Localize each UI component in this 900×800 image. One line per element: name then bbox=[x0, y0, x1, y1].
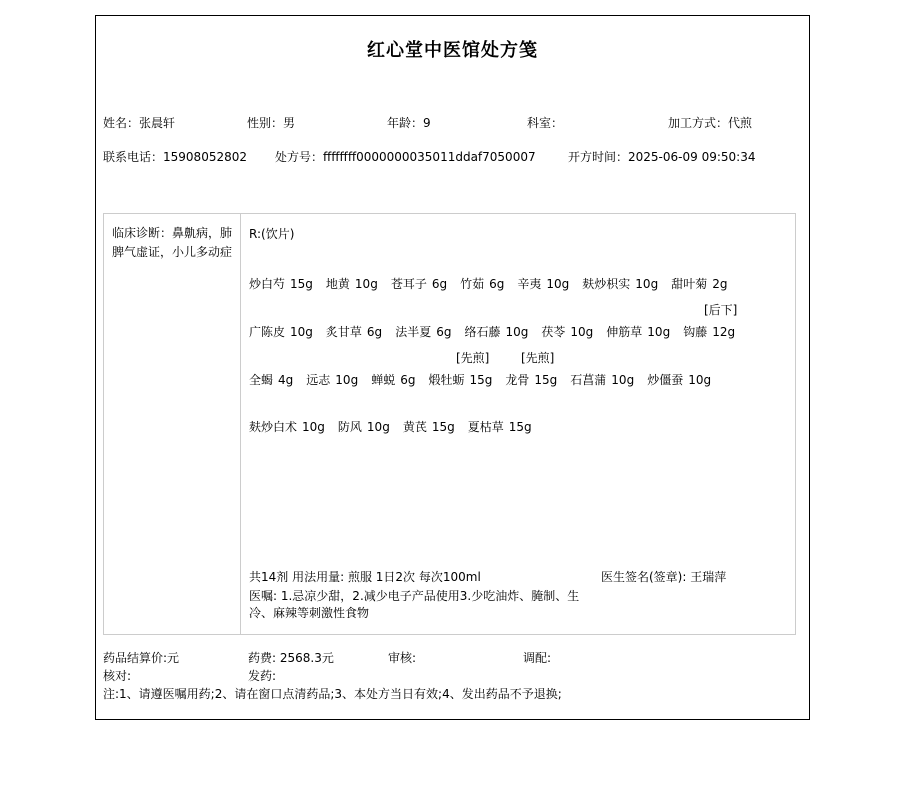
herb-dose: 10g bbox=[355, 277, 378, 291]
phone-value: 15908052802 bbox=[163, 150, 247, 164]
herb-dose: 10g bbox=[611, 373, 634, 387]
usage-text: 用法用量: 煎服 1日2次 每次100ml bbox=[292, 570, 481, 584]
herb-name: 炙甘草 bbox=[326, 325, 362, 339]
age-value: 9 bbox=[423, 116, 431, 130]
herb-name: 竹茹 bbox=[460, 277, 484, 291]
herb-dose: 6g bbox=[436, 325, 451, 339]
decoct-later-annotation: [后下] bbox=[704, 303, 737, 317]
footer-note: 注:1、请遵医嘱用药;2、请在窗口点清药品;3、本处方当日有效;4、发出药品不予… bbox=[103, 687, 562, 702]
settle-price-field: 药品结算价:元 bbox=[103, 651, 179, 666]
rx-number-label: 处方号： bbox=[275, 150, 323, 164]
decoction-annotation-row-1: [后下] bbox=[249, 303, 795, 317]
usage-summary-row: 共14剂 用法用量: 煎服 1日2次 每次100ml 医生签名(签章): 王瑞萍 bbox=[249, 570, 795, 585]
doctor-signature: 医生签名(签章): 王瑞萍 bbox=[601, 570, 726, 585]
herb-item: 全蝎4g bbox=[249, 373, 293, 388]
dispense-field: 发药: bbox=[248, 669, 276, 684]
herb-name: 黄芪 bbox=[403, 420, 427, 434]
herb-line-3: 全蝎4g远志10g蝉蜕6g煅牡蛎15g龙骨15g石菖蒲10g炒僵蚕10g bbox=[249, 373, 795, 388]
herb-dose: 15g bbox=[432, 420, 455, 434]
prescription-box: 临床诊断：鼻鼽病，肺脾气虚证，小儿多动症 R:(饮片) 炒白芍15g地黄10g苍… bbox=[103, 213, 796, 635]
herb-name: 苍耳子 bbox=[391, 277, 427, 291]
herb-item: 蝉蜕6g bbox=[371, 373, 415, 388]
herb-item: 辛夷10g bbox=[517, 277, 569, 292]
age-field: 年龄：9 bbox=[387, 116, 431, 131]
herb-item: 竹茹6g bbox=[460, 277, 504, 292]
herb-name: 炒白芍 bbox=[249, 277, 285, 291]
issue-time-field: 开方时间：2025-06-09 09:50:34 bbox=[568, 150, 755, 165]
herb-item: 龙骨15g bbox=[505, 373, 557, 388]
herb-name: 法半夏 bbox=[395, 325, 431, 339]
herb-name: 龙骨 bbox=[505, 373, 529, 387]
herb-dose: 12g bbox=[712, 325, 735, 339]
herb-dose: 15g bbox=[290, 277, 313, 291]
herb-item: 茯苓10g bbox=[541, 325, 593, 340]
herb-item: 苍耳子6g bbox=[391, 277, 447, 292]
processing-field: 加工方式：代煎 bbox=[668, 116, 752, 131]
gender-value: 男 bbox=[283, 116, 295, 130]
herb-dose: 10g bbox=[367, 420, 390, 434]
patient-name-label: 姓名： bbox=[103, 116, 139, 130]
doctor-signature-name: 王瑞萍 bbox=[690, 570, 726, 584]
herb-item: 钩藤12g bbox=[683, 325, 735, 340]
herb-dose: 4g bbox=[278, 373, 293, 387]
herb-dose: 15g bbox=[509, 420, 532, 434]
herb-item: 麸炒枳实10g bbox=[582, 277, 658, 292]
herb-item: 伸筋草10g bbox=[606, 325, 670, 340]
check-field: 核对: bbox=[103, 669, 131, 684]
diagnosis-label: 临床诊断： bbox=[112, 226, 172, 240]
herb-name: 伸筋草 bbox=[606, 325, 642, 339]
rx-content: R:(饮片) 炒白芍15g地黄10g苍耳子6g竹茹6g辛夷10g麸炒枳实10g甜… bbox=[241, 214, 795, 634]
herb-item: 络石藤10g bbox=[464, 325, 528, 340]
herb-name: 石菖蒲 bbox=[570, 373, 606, 387]
page-title: 红心堂中医馆处方笺 bbox=[96, 36, 809, 62]
prepare-field: 调配: bbox=[523, 651, 551, 666]
doctor-signature-label: 医生签名(签章): bbox=[601, 570, 686, 584]
patient-name-value: 张晨轩 bbox=[139, 116, 175, 130]
herb-item: 甜叶菊2g bbox=[671, 277, 727, 292]
herb-dose: 6g bbox=[400, 373, 415, 387]
herb-item: 夏枯草15g bbox=[468, 420, 532, 435]
herb-name: 广陈皮 bbox=[249, 325, 285, 339]
clinical-diagnosis: 临床诊断：鼻鼽病，肺脾气虚证，小儿多动症 bbox=[104, 214, 241, 634]
herb-name: 煅牡蛎 bbox=[428, 373, 464, 387]
herb-dose: 10g bbox=[335, 373, 358, 387]
decoct-first-annotation-1: [先煎] bbox=[456, 351, 489, 365]
total-doses: 共14剂 bbox=[249, 570, 288, 584]
herb-item: 炙甘草6g bbox=[326, 325, 382, 340]
herb-item: 炒白芍15g bbox=[249, 277, 313, 292]
herb-dose: 10g bbox=[290, 325, 313, 339]
herb-item: 炒僵蚕10g bbox=[647, 373, 711, 388]
herb-item: 地黄10g bbox=[326, 277, 378, 292]
herb-dose: 10g bbox=[647, 325, 670, 339]
herb-name: 茯苓 bbox=[541, 325, 565, 339]
decoction-annotation-row-2: [先煎] [先煎] bbox=[249, 351, 795, 365]
issue-time-label: 开方时间： bbox=[568, 150, 628, 164]
herb-item: 远志10g bbox=[306, 373, 358, 388]
gender-field: 性别：男 bbox=[247, 116, 295, 131]
processing-label: 加工方式： bbox=[668, 116, 728, 130]
rx-number-value: ffffffff0000000035011ddaf7050007 bbox=[323, 150, 536, 164]
phone-field: 联系电话：15908052802 bbox=[103, 150, 247, 165]
herb-item: 黄芪15g bbox=[403, 420, 455, 435]
department-label: 科室： bbox=[527, 116, 563, 130]
age-label: 年龄： bbox=[387, 116, 423, 130]
herb-dose: 10g bbox=[570, 325, 593, 339]
department-field: 科室： bbox=[527, 116, 563, 131]
herb-line-1: 炒白芍15g地黄10g苍耳子6g竹茹6g辛夷10g麸炒枳实10g甜叶菊2g bbox=[249, 277, 795, 292]
decoct-first-annotation-2: [先煎] bbox=[521, 351, 554, 365]
processing-value: 代煎 bbox=[728, 116, 752, 130]
herb-dose: 6g bbox=[489, 277, 504, 291]
issue-time-value: 2025-06-09 09:50:34 bbox=[628, 150, 755, 164]
herb-dose: 10g bbox=[688, 373, 711, 387]
prescription-sheet: 红心堂中医馆处方笺 姓名：张晨轩 性别：男 年龄：9 科室： 加工方式：代煎 联… bbox=[95, 15, 810, 720]
herb-dose: 15g bbox=[534, 373, 557, 387]
herb-name: 夏枯草 bbox=[468, 420, 504, 434]
herb-name: 辛夷 bbox=[517, 277, 541, 291]
herb-item: 广陈皮10g bbox=[249, 325, 313, 340]
herb-name: 全蝎 bbox=[249, 373, 273, 387]
rx-number-field: 处方号：ffffffff0000000035011ddaf7050007 bbox=[275, 150, 536, 165]
herb-dose: 2g bbox=[712, 277, 727, 291]
herb-name: 麸炒白术 bbox=[249, 420, 297, 434]
herb-name: 麸炒枳实 bbox=[582, 277, 630, 291]
herb-dose: 10g bbox=[546, 277, 569, 291]
fee-field: 药费: 2568.3元 bbox=[248, 651, 334, 666]
herb-name: 甜叶菊 bbox=[671, 277, 707, 291]
medical-advice: 医嘱: 1.忌凉少甜，2.减少电子产品使用3.少吃油炸、腌制、生冷、麻辣等刺激性… bbox=[249, 588, 594, 622]
herb-name: 络石藤 bbox=[464, 325, 500, 339]
phone-label: 联系电话： bbox=[103, 150, 163, 164]
herb-name: 地黄 bbox=[326, 277, 350, 291]
herb-line-4: 麸炒白术10g防风10g黄芪15g夏枯草15g bbox=[249, 420, 795, 435]
gender-label: 性别： bbox=[247, 116, 283, 130]
herb-name: 钩藤 bbox=[683, 325, 707, 339]
herb-dose: 6g bbox=[367, 325, 382, 339]
herb-name: 蝉蜕 bbox=[371, 373, 395, 387]
patient-name-field: 姓名：张晨轩 bbox=[103, 116, 175, 131]
review-field: 审核: bbox=[388, 651, 416, 666]
herb-dose: 15g bbox=[469, 373, 492, 387]
herb-dose: 10g bbox=[505, 325, 528, 339]
herb-line-2: 广陈皮10g炙甘草6g法半夏6g络石藤10g茯苓10g伸筋草10g钩藤12g bbox=[249, 325, 795, 340]
herb-item: 石菖蒲10g bbox=[570, 373, 634, 388]
herb-name: 炒僵蚕 bbox=[647, 373, 683, 387]
herb-name: 防风 bbox=[338, 420, 362, 434]
rx-header: R:(饮片) bbox=[249, 227, 795, 242]
herb-name: 远志 bbox=[306, 373, 330, 387]
herb-item: 法半夏6g bbox=[395, 325, 451, 340]
herb-item: 煅牡蛎15g bbox=[428, 373, 492, 388]
herb-dose: 10g bbox=[302, 420, 325, 434]
herb-dose: 10g bbox=[635, 277, 658, 291]
herb-dose: 6g bbox=[432, 277, 447, 291]
herb-item: 防风10g bbox=[338, 420, 390, 435]
herb-item: 麸炒白术10g bbox=[249, 420, 325, 435]
